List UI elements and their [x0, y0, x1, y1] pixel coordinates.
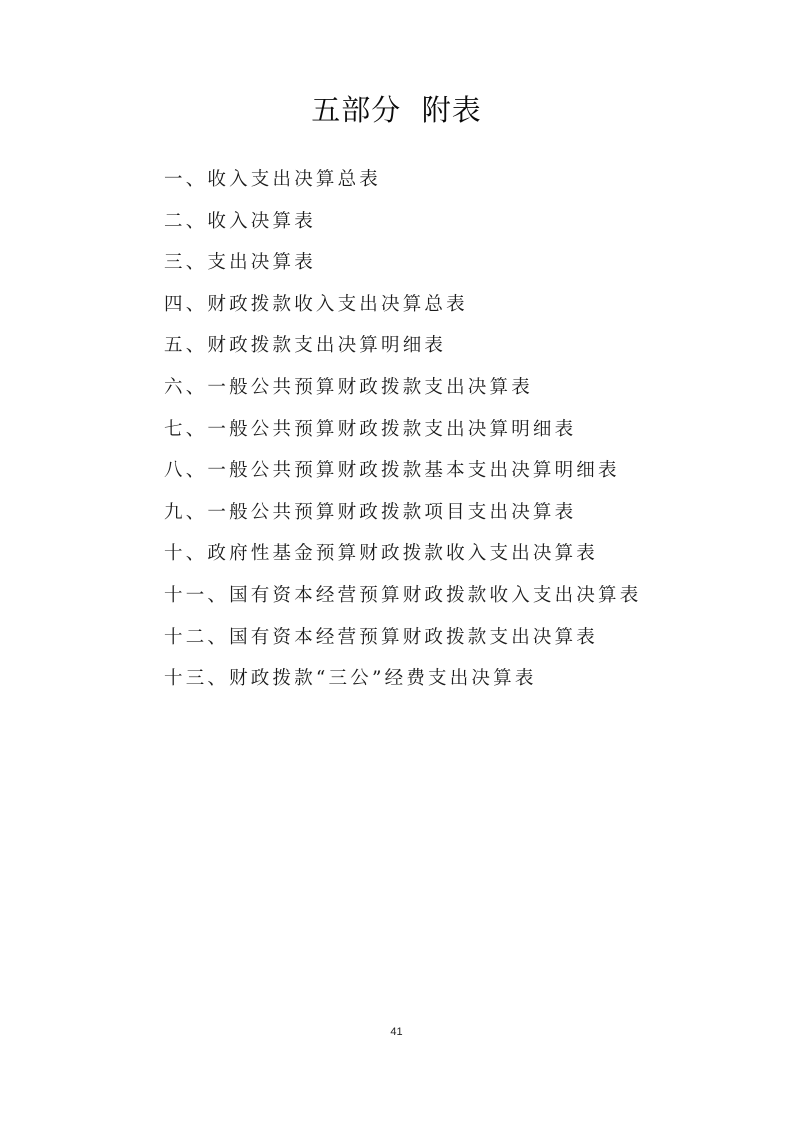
page-title: 五部分 附表 [0, 90, 793, 130]
list-item: 六、一般公共预算财政拨款支出决算表 [164, 374, 641, 416]
list-item: 八、一般公共预算财政拨款基本支出决算明细表 [164, 457, 641, 499]
appendix-table-list: 一、收入支出决算总表 二、收入决算表 三、支出决算表 四、财政拨款收入支出决算总… [164, 166, 641, 707]
list-item: 十三、财政拨款“三公”经费支出决算表 [164, 665, 641, 707]
list-item: 九、一般公共预算财政拨款项目支出决算表 [164, 499, 641, 541]
list-item: 一、收入支出决算总表 [164, 166, 641, 208]
list-item: 二、收入决算表 [164, 208, 641, 250]
list-item: 十二、国有资本经营预算财政拨款支出决算表 [164, 624, 641, 666]
list-item: 七、一般公共预算财政拨款支出决算明细表 [164, 416, 641, 458]
document-page: 五部分 附表 一、收入支出决算总表 二、收入决算表 三、支出决算表 四、财政拨款… [0, 0, 793, 1122]
list-item: 三、支出决算表 [164, 249, 641, 291]
list-item: 十一、国有资本经营预算财政拨款收入支出决算表 [164, 582, 641, 624]
list-item: 五、财政拨款支出决算明细表 [164, 332, 641, 374]
list-item: 十、政府性基金预算财政拨款收入支出决算表 [164, 540, 641, 582]
list-item: 四、财政拨款收入支出决算总表 [164, 291, 641, 333]
page-number: 41 [0, 1026, 793, 1038]
